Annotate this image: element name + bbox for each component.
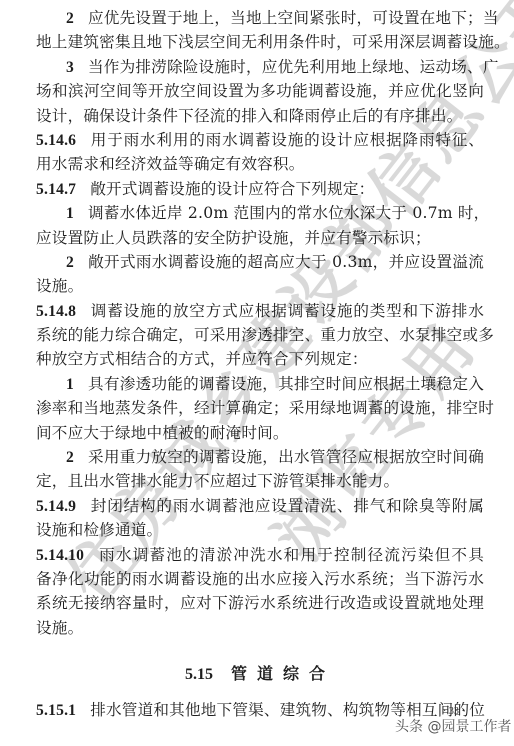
- text-line: 1具有渗透功能的调蓄设施，其排空时间应根据土壤稳定入: [36, 372, 484, 396]
- line-text: 种放空方式相结合的方式，并应符合下列规定：: [36, 350, 368, 368]
- clause-number: 5.14.8: [36, 303, 76, 320]
- clause-block: 5.14.9封闭结构的雨水调蓄池应设置清洗、排气和除臭等附属设施和检修通道。: [36, 494, 484, 543]
- line-text: 用水需求和经济效益等确定有效容积。: [36, 155, 305, 173]
- clause-number: 5.14.10: [36, 547, 84, 564]
- text-line: 5.14.10雨水调蓄池的清淤冲洗水和用于控制径流污染但不具: [36, 543, 484, 567]
- section-heading: 5.15管道综合: [36, 654, 484, 694]
- line-text: 用于雨水利用的雨水调蓄设施的设计应根据降雨特征、: [90, 131, 484, 149]
- text-line: 2敞开式雨水调蓄设施的超高应大于 0.3m，并应设置溢流: [36, 250, 484, 274]
- text-line: 2应优先设置于地上，当地上空间紧张时，可设置在地下；当: [36, 6, 484, 30]
- section-number: 5.15: [185, 666, 213, 683]
- text-line: 设施和检修通道。: [36, 518, 484, 542]
- item-number: 1: [66, 376, 74, 393]
- line-text: 设施。: [36, 277, 83, 295]
- item-number: 2: [66, 449, 74, 466]
- line-text: 具有渗透功能的调蓄设施，其排空时间应根据土壤稳定入: [88, 375, 484, 393]
- item-block: 2应优先设置于地上，当地上空间紧张时，可设置在地下；当地上建筑密集且地下浅层空间…: [36, 6, 484, 55]
- clause-block: 5.14.10雨水调蓄池的清淤冲洗水和用于控制径流污染但不具备净化功能的雨水调蓄…: [36, 543, 484, 641]
- footer-watermark: 头条 @园景工作者: [395, 716, 511, 736]
- item-number: 2: [66, 10, 74, 27]
- clause-number: 5.14.6: [36, 132, 76, 149]
- clause-block: 5.14.6用于雨水利用的雨水调蓄设施的设计应根据降雨特征、用水需求和经济效益等…: [36, 128, 484, 177]
- text-line: 设施。: [36, 616, 484, 640]
- item-block: 1具有渗透功能的调蓄设施，其排空时间应根据土壤稳定入渗率和当地蒸发条件，经计算确…: [36, 372, 484, 445]
- text-line: 场和滨河空间等开放空间设置为多功能调蓄设施，并应优化竖向: [36, 79, 484, 103]
- line-text: 地上建筑密集且地下浅层空间无利用条件时，可采用深层调蓄设施。: [36, 33, 510, 51]
- clause-number: 5.15.1: [36, 702, 76, 719]
- line-text: 渗率和当地蒸发条件，经计算确定；采用绿地调蓄的设施，排空时: [36, 399, 494, 417]
- text-line: 系统的能力综合确定，可采用渗透排空、重力放空、水泵排空或多: [36, 323, 484, 347]
- text-line: 5.14.7敞开式调蓄设施的设计应符合下列规定：: [36, 177, 484, 201]
- line-text: 设施和检修通道。: [36, 521, 162, 539]
- document-page: 2应优先设置于地上，当地上空间紧张时，可设置在地下；当地上建筑密集且地下浅层空间…: [36, 6, 484, 723]
- clause-number: 5.14.7: [36, 181, 76, 198]
- text-line: 渗率和当地蒸发条件，经计算确定；采用绿地调蓄的设施，排空时: [36, 396, 484, 420]
- text-line: 间不应大于绿地中植被的耐淹时间。: [36, 421, 484, 445]
- text-line: 设计，确保设计条件下径流的排入和降雨停止后的有序排出。: [36, 104, 484, 128]
- line-text: 应设置防止人员跌落的安全防护设施，并应有警示标识；: [36, 229, 431, 247]
- line-text: 设计，确保设计条件下径流的排入和降雨停止后的有序排出。: [36, 107, 462, 125]
- text-line: 应设置防止人员跌落的安全防护设施，并应有警示标识；: [36, 226, 484, 250]
- text-line: 1调蓄水体近岸 2.0m 范围内的常水位水深大于 0.7m 时，: [36, 201, 484, 225]
- line-text: 雨水调蓄池的清淤冲洗水和用于控制径流污染但不具: [98, 546, 484, 564]
- line-text: 设施。: [36, 619, 83, 637]
- text-line: 定，且出水管排水能力不应超过下游管渠排水能力。: [36, 469, 484, 493]
- line-text: 敞开式调蓄设施的设计应符合下列规定：: [90, 180, 374, 198]
- item-number: 2: [66, 254, 74, 271]
- item-block: 2采用重力放空的调蓄设施，出水管管径应根据放空时间确定，且出水管排水能力不应超过…: [36, 445, 484, 494]
- item-block: 1调蓄水体近岸 2.0m 范围内的常水位水深大于 0.7m 时，应设置防止人员跌…: [36, 201, 484, 250]
- text-line: 地上建筑密集且地下浅层空间无利用条件时，可采用深层调蓄设施。: [36, 30, 484, 54]
- text-line: 2采用重力放空的调蓄设施，出水管管径应根据放空时间确: [36, 445, 484, 469]
- clause-block: 5.14.8调蓄设施的放空方式应根据调蓄设施的类型和下游排水系统的能力综合确定，…: [36, 299, 484, 372]
- line-text: 场和滨河空间等开放空间设置为多功能调蓄设施，并应优化竖向: [36, 82, 484, 100]
- item-number: 3: [66, 59, 74, 76]
- text-line: 用水需求和经济效益等确定有效容积。: [36, 152, 484, 176]
- item-block: 2敞开式雨水调蓄设施的超高应大于 0.3m，并应设置溢流设施。: [36, 250, 484, 299]
- line-text: 封闭结构的雨水调蓄池应设置清洗、排气和除臭等附属: [90, 497, 484, 515]
- line-text: 敞开式雨水调蓄设施的超高应大于 0.3m，并应设置溢流: [88, 253, 484, 271]
- line-text: 间不应大于绿地中植被的耐淹时间。: [36, 424, 289, 442]
- item-block: 3当作为排涝除险设施时，应优先利用地上绿地、运动场、广场和滨河空间等开放空间设置…: [36, 55, 484, 128]
- clause-block: 5.14.7敞开式调蓄设施的设计应符合下列规定：: [36, 177, 484, 201]
- line-text: 调蓄水体近岸 2.0m 范围内的常水位水深大于 0.7m 时，: [88, 204, 489, 222]
- line-text: 当作为排涝除险设施时，应优先利用地上绿地、运动场、广: [88, 58, 499, 76]
- line-text: 备净化功能的雨水调蓄设施的出水应接入污水系统；当下游污水: [36, 570, 484, 588]
- text-line: 设施。: [36, 274, 484, 298]
- text-line: 备净化功能的雨水调蓄设施的出水应接入污水系统；当下游污水: [36, 567, 484, 591]
- text-line: 种放空方式相结合的方式，并应符合下列规定：: [36, 347, 484, 371]
- line-text: 调蓄设施的放空方式应根据调蓄设施的类型和下游排水: [90, 302, 484, 320]
- text-line: 3当作为排涝除险设施时，应优先利用地上绿地、运动场、广: [36, 55, 484, 79]
- text-line: 5.14.8调蓄设施的放空方式应根据调蓄设施的类型和下游排水: [36, 299, 484, 323]
- item-number: 1: [66, 205, 74, 222]
- line-text: 系统无接纳容量时，应对下游污水系统进行改造或设置就地处理: [36, 594, 484, 612]
- clause-number: 5.14.9: [36, 498, 76, 515]
- line-text: 系统的能力综合确定，可采用渗透排空、重力放空、水泵排空或多: [36, 326, 494, 344]
- text-line: 系统无接纳容量时，应对下游污水系统进行改造或设置就地处理: [36, 591, 484, 615]
- section-title: 管道综合: [231, 664, 335, 683]
- line-text: 采用重力放空的调蓄设施，出水管管径应根据放空时间确: [88, 448, 484, 466]
- line-text: 定，且出水管排水能力不应超过下游管渠排水能力。: [36, 472, 399, 490]
- text-line: 5.14.6用于雨水利用的雨水调蓄设施的设计应根据降雨特征、: [36, 128, 484, 152]
- line-text: 应优先设置于地上，当地上空间紧张时，可设置在地下；当: [88, 9, 499, 27]
- text-line: 5.14.9封闭结构的雨水调蓄池应设置清洗、排气和除臭等附属: [36, 494, 484, 518]
